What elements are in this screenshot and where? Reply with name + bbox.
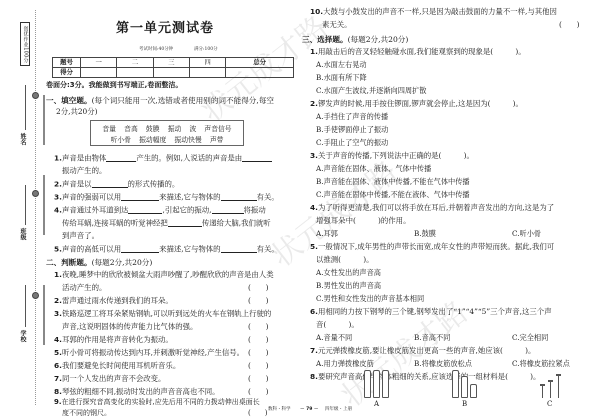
answer-paren[interactable]: ( ): [248, 410, 267, 417]
answer-blank[interactable]: [92, 180, 128, 188]
word: 振动幅度: [139, 136, 166, 144]
section-1-heading: 一、填空题。(每个词只能用一次,选错或者使用别的词不能得分,每空: [46, 97, 274, 105]
section-2-heading: 二、判断题。(每题2分,共20分): [46, 259, 152, 267]
section-instructions: (每题2分,共20分): [348, 35, 409, 44]
choice-q4-cont: 增强耳朵中( )的作用。: [316, 217, 410, 224]
option-c[interactable]: C.听小骨: [512, 230, 541, 237]
binding-hole-icon: [32, 190, 39, 197]
binding-hole-icon: [32, 292, 39, 299]
fill-q3: 3.声音的强弱可以用来描述,它与物体的有关。: [54, 193, 279, 201]
section-instructions: (每题2分,共20分): [92, 258, 153, 267]
fill-q1: 1.声音是由物体产生的。例如,人说话的声音是由: [54, 154, 272, 162]
option-a[interactable]: A.水面左右晃动: [316, 61, 367, 68]
word-bank-row: 音量 音高 鼓膜 振动 波 声音信号: [91, 124, 243, 135]
figure-b-label: B: [462, 401, 467, 408]
word: 振动: [168, 125, 182, 133]
answer-blank[interactable]: [212, 206, 244, 214]
answer-paren[interactable]: ( ): [248, 375, 269, 382]
fill-q4-cont: 传给耳蜗,连接耳蜗的听觉神经把传递给大脑,我们就听: [62, 219, 271, 227]
footer-grade: 四年级・上册: [325, 408, 352, 413]
choice-q6: 6.用相同的力按下钢琴的三个键,钢琴发出了“1”“4”“5”三个声音,这三个声: [310, 308, 552, 315]
judge-q10-cont: 素无关。: [322, 21, 352, 28]
cell: 四: [189, 58, 225, 68]
fill-q4-cont: 到声音了。: [62, 232, 99, 239]
cell: 题号: [53, 58, 81, 68]
judge-q2: 2.雷声通过雨水传递到我们的耳朵。: [54, 297, 173, 304]
right-column: 10.大鼓与小鼓发出的声音不一样,只是因为敲击鼓面的力量不一样,与其他因 素无关…: [304, 0, 594, 420]
option-c[interactable]: C.水面产生波纹,并逐渐向四周扩散: [316, 87, 426, 94]
judge-q1: 1.夜晚,睡梦中的欣欣被倾盆大雨声吵醒了,吵醒欣欣的声音是由人类: [54, 271, 274, 278]
choice-q3: 3.关于声音的传播,下列说法中正确的是( )。: [310, 152, 474, 159]
judge-q7: 7.同一个人发出的声音不会改变。: [54, 375, 165, 382]
answer-paren[interactable]: ( ): [248, 388, 269, 395]
option-c[interactable]: C.手阻止了空气的振动: [316, 139, 388, 146]
cell: 一: [81, 58, 117, 68]
school-field-label: 学校: [19, 330, 25, 342]
score-table-score-row: 得分: [53, 68, 294, 78]
option-b[interactable]: B.手使锣面停止了振动: [316, 126, 388, 133]
judge-q1-cont: 活动产生的。: [62, 284, 106, 291]
answer-blank[interactable]: [221, 245, 257, 253]
judge-q9-cont: 度不同的钢尺。: [62, 410, 111, 417]
cell: 二: [117, 58, 153, 68]
word: 音量: [102, 125, 116, 133]
word-bank-row: 听小骨 振动幅度 振动快慢 声带: [91, 135, 243, 146]
judge-q8: 8.琴弦的粗细不同,振动时发出的声音音高也不同。: [54, 388, 220, 395]
answer-blank[interactable]: [128, 206, 162, 214]
choice-q5: 5.一般情况下,成年男性的声带长而宽,成年女性的声带短而狭。据此,我们可: [310, 243, 554, 250]
option-a[interactable]: A.女性发出的声音高: [316, 269, 381, 276]
cell: 三: [153, 58, 189, 68]
answer-blank[interactable]: [106, 154, 136, 162]
choice-q5-cont: 以推测( )。: [316, 256, 374, 263]
option-a[interactable]: A.用力弹拨橡皮筋: [316, 360, 374, 367]
answer-blank[interactable]: [221, 193, 257, 201]
cut-line: [35, 10, 36, 405]
cell: 得分: [53, 68, 81, 78]
option-b[interactable]: B.水面有所下降: [316, 74, 367, 81]
score-cell[interactable]: [153, 68, 189, 78]
binding-margin: 创优作业100分 姓名 班级 学校: [0, 0, 40, 420]
neatness-note: 卷面分:3分。我能做到书写端正,卷面整洁。: [46, 82, 182, 89]
school-field-line[interactable]: [25, 285, 26, 327]
word: 波: [189, 125, 196, 133]
fill-q5: 5.声音的高低可以用来描述,它与物体的有关。: [54, 245, 279, 253]
choice-q2: 2.锣发声的时候,用手按住锣面,锣声就会停止,这是因为( )。: [310, 100, 523, 107]
section-instructions: 2分,共20分): [56, 108, 98, 115]
answer-blank[interactable]: [121, 245, 159, 253]
judge-q6: 6.我们要避免长时间使用耳机听音乐。: [54, 362, 180, 369]
binding-hole-icon: [32, 92, 39, 99]
exam-time: 考试时间:40分钟: [139, 48, 173, 53]
score-table: 题号 一 二 三 四 总分 得分: [52, 57, 294, 78]
score-cell[interactable]: [189, 68, 225, 78]
word-bank: 音量 音高 鼓膜 振动 波 声音信号 听小骨 振动幅度 振动快慢 声带: [90, 120, 244, 146]
judge-q3-cont: 声音,这说明固体的传声能力比气体的强。: [62, 323, 197, 330]
answer-paren[interactable]: ( ): [248, 284, 269, 291]
word: 听小骨: [111, 136, 131, 144]
page-number: － 79 －: [300, 408, 318, 413]
judge-q3: 3.铁路巡逻工将耳朵紧贴钢轨,可以听到远处的火车在钢轨上行驶的: [54, 310, 271, 317]
option-c[interactable]: C.男性和女性发出的声音基本相同: [316, 295, 424, 302]
class-field-label: 班级: [19, 228, 25, 240]
answer-paren[interactable]: ( ): [248, 362, 269, 369]
choice-q7: 7.元元弹拨橡皮筋,要让橡皮筋发出更高一些的声音,她应该( )。: [310, 347, 535, 354]
word: 声音信号: [204, 125, 231, 133]
cell: 总分: [226, 58, 294, 68]
section-title: 二、判断题。: [46, 258, 92, 267]
score-cell[interactable]: [81, 68, 117, 78]
word: 振动快慢: [174, 136, 201, 144]
class-field-line[interactable]: [25, 185, 26, 225]
answer-blank[interactable]: [121, 193, 159, 201]
score-cell[interactable]: [226, 68, 294, 78]
word: 声带: [210, 136, 224, 144]
option-b[interactable]: B.男性发出的声音高: [316, 282, 381, 289]
judge-q5: 5.听小骨可将振动传达到内耳,并刺激听觉神经,产生信号。: [54, 349, 244, 356]
figure-c-label: C: [547, 401, 552, 408]
choice-q1: 1.用敲击后的音叉轻轻触碰水面,我们能观察到的现象是( )。: [310, 48, 526, 55]
answer-paren[interactable]: ( ): [248, 297, 269, 304]
option-b[interactable]: B.声音能在固体、液体中传播,不能在气体中传播: [316, 178, 470, 185]
word: 鼓膜: [146, 125, 160, 133]
option-c[interactable]: C.将橡皮筋拉紧点: [512, 360, 570, 367]
option-a[interactable]: A.声音能在固体、液体、气体中传播: [316, 165, 431, 172]
section-title: 一、填空题。: [46, 96, 92, 105]
choice-q8: 8.要研究声音高低与物体粗细的关系,应该选择的一组材料是( )。: [310, 373, 540, 380]
fill-q2: 2.声音是以的形式传播的。: [54, 180, 179, 188]
option-a[interactable]: A.音量不同: [316, 334, 352, 341]
option-b[interactable]: B.将橡皮筋放松点: [414, 360, 472, 367]
page-title: 第一单元测试卷: [116, 22, 214, 35]
score-cell[interactable]: [117, 68, 153, 78]
answer-paren[interactable]: ( ): [248, 336, 269, 343]
answer-blank[interactable]: [168, 219, 202, 227]
option-c[interactable]: C.完全相同: [512, 334, 548, 341]
option-a[interactable]: A.手挡住了声音的传播: [316, 113, 388, 120]
option-b[interactable]: B.鼓膜: [414, 230, 436, 237]
word: 音高: [124, 125, 138, 133]
option-c[interactable]: C.声音能在固体中传播,不能在液体、气体中传播: [316, 191, 470, 198]
choice-q4: 4.为了听得更清楚,我们可以将手放在耳后,并朝着声音发出的方向,这是为了: [310, 204, 554, 211]
fill-q4: 4.声音通过外耳道到达,引起它的振动,将振动: [54, 206, 266, 214]
answer-blank[interactable]: [242, 154, 272, 162]
judge-q10: 10.大鼓与小鼓发出的声音不一样,只是因为敲击鼓面的力量不一样,与其他因: [310, 8, 557, 15]
section-title: 三、选择题。: [302, 35, 348, 44]
left-column: 第一单元测试卷 考试时间:40分钟 满分:100分 题号 一 二 三 四 总分 …: [44, 0, 296, 420]
answer-paren[interactable]: ( ): [248, 323, 269, 330]
option-b[interactable]: B.音高不同: [414, 334, 450, 341]
figure-a-label: A: [374, 401, 379, 408]
judge-q4: 4.耳郭的作用是将声音转化为振动。: [54, 336, 173, 343]
choice-q6-cont: 音( )。: [316, 321, 359, 328]
fill-q1-cont: 振动产生的。: [62, 167, 106, 174]
section-3-heading: 三、选择题。(每题2分,共20分): [302, 36, 408, 44]
judge-q9: 9.在进行探究音高变化的实验时,应先后用不同的力拨动伸出桌面长: [54, 399, 260, 406]
footer-subject: 数科・科学: [268, 408, 291, 413]
section-instructions: (每个词只能用一次,选错或者使用别的词不能得分,每空: [92, 96, 274, 105]
name-field-line[interactable]: [25, 85, 26, 130]
answer-paren[interactable]: ( ): [559, 21, 580, 28]
answer-paren[interactable]: ( ): [248, 349, 269, 356]
full-score: 满分:100分: [194, 48, 218, 53]
name-field-label: 姓名: [19, 133, 25, 145]
option-a[interactable]: A.耳郭: [316, 230, 338, 237]
brand-label: 创优作业100分: [20, 22, 30, 66]
score-table-header-row: 题号 一 二 三 四 总分: [53, 58, 294, 68]
